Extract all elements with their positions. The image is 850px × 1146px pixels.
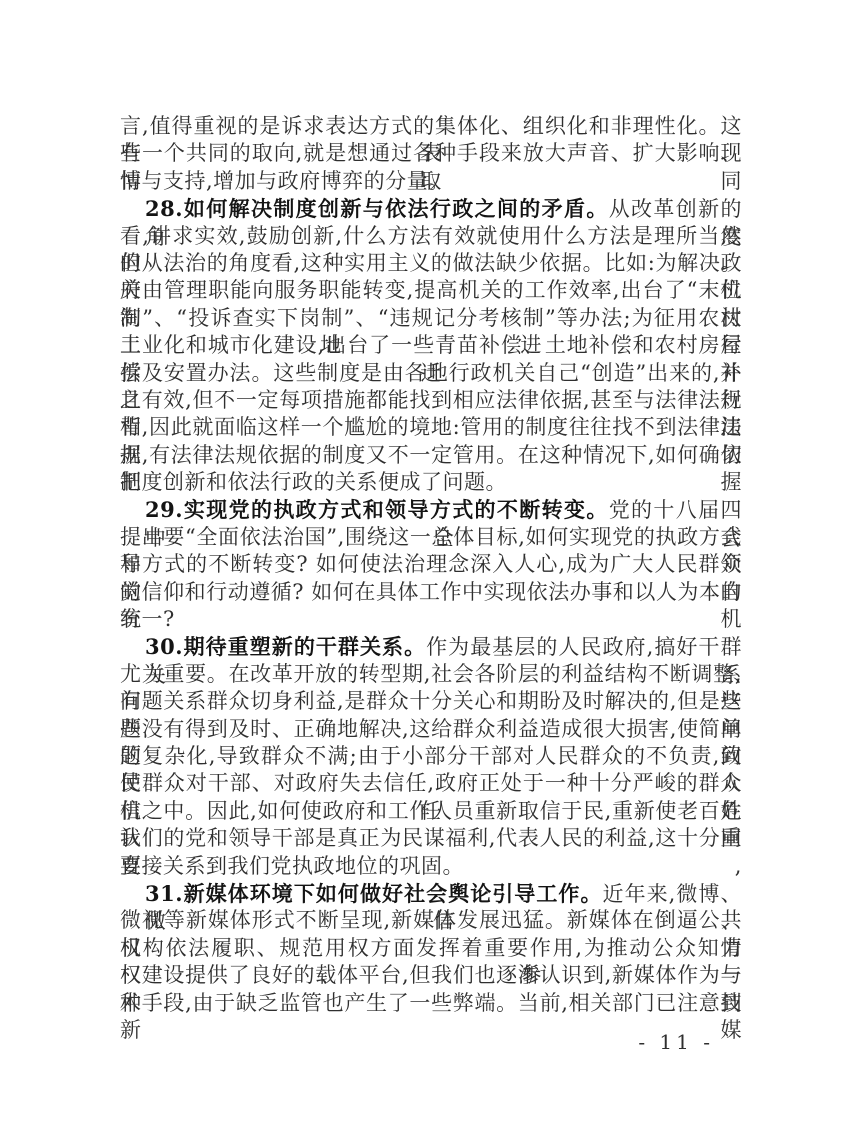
text-line: 据,有法律法规依据的制度又不一定管用。在这种情况下,如何确切把握	[120, 442, 742, 469]
text-line: 制”、“投诉查实下岗制”、“违规记分考核制”等办法;为征用农村土地进行	[120, 305, 742, 332]
body-text-segment: 觉信仰和行动遵循? 如何在具体工作中实现依法办事和以人为本的有机	[120, 580, 742, 631]
paragraph-heading-line: 31.新媒体环境下如何做好社会舆论引导工作。近年来,微博、微信、	[120, 880, 742, 907]
text-line: 偿及安置办法。这些制度是由各地行政机关自己“创造”出来的,并且行	[120, 360, 742, 387]
text-line: 之有效,但不一定每项措施都能找到相应法律依据,甚至与法律法规相违	[120, 387, 742, 414]
paragraph-heading: 29.实现党的执政方式和领导方式的不断转变。	[145, 497, 609, 522]
document-page: 言,值得重视的是诉求表达方式的集体化、组织化和非理性化。这些表现有一个共同的取向…	[0, 0, 850, 1146]
text-line: 看,讲求实效,鼓励创新,什么方法有效就使用什么方法是理所当然的。	[120, 223, 742, 250]
text-line: 关由管理职能向服务职能转变,提高机关的工作效率,出台了“末位淘汰	[120, 277, 742, 304]
text-line: 民群众对干部、对政府失去信任,政府正处于一种十分严峻的群众信任危	[120, 770, 742, 797]
text-line: 有一个共同的取向,就是想通过各种手段来放大声音、扩大影响、博取同	[120, 140, 742, 167]
text-line: 题没有得到及时、正确地解决,这给群众利益造成很大损害,使简单的问	[120, 716, 742, 743]
text-line: 题复杂化,导致群众不满;由于小部分干部对人民群众的不负责,致使人	[120, 743, 742, 770]
text-line: 觉信仰和行动遵循? 如何在具体工作中实现依法办事和以人为本的有机	[120, 579, 742, 606]
text-line: 术手段,由于缺乏监管也产生了一些弊端。当前,相关部门已注意到新媒	[120, 990, 742, 1017]
text-line: 尤为重要。在改革开放的转型期,社会各阶层的利益结构不断调整,有些	[120, 661, 742, 688]
text-line: 微视等新媒体形式不断呈现,新媒体发展迅猛。新媒体在倒逼公共权力	[120, 907, 742, 934]
paragraph-heading-line: 30.期待重塑新的干群关系。作为最基层的人民政府,搞好干群关系	[120, 633, 742, 660]
paragraph-heading: 28.如何解决制度创新与依法行政之间的矛盾。	[145, 196, 609, 221]
text-line: 言,值得重视的是诉求表达方式的集体化、组织化和非理性化。这些表现	[120, 113, 742, 140]
page-number: - 11 -	[120, 1030, 742, 1054]
body-text: 言,值得重视的是诉求表达方式的集体化、组织化和非理性化。这些表现有一个共同的取向…	[120, 113, 742, 1017]
paragraph-heading-line: 28.如何解决制度创新与依法行政之间的矛盾。从改革创新的角度	[120, 195, 742, 222]
paragraph-heading: 30.期待重塑新的干群关系。	[145, 634, 426, 659]
text-line: 权建设提供了良好的载体平台,但我们也逐渐认识到,新媒体作为一种技	[120, 962, 742, 989]
text-line: 机之中。因此,如何使政府和工作人员重新取信于民,重新使老百姓认同	[120, 798, 742, 825]
text-line: 但从法治的角度看,这种实用主义的做法缺少依据。比如:为解决政府机	[120, 250, 742, 277]
body-text-segment: 制度创新和依法行政的关系便成了问题。	[120, 470, 507, 494]
paragraph-heading-line: 29.实现党的执政方式和领导方式的不断转变。党的十八届四中全会	[120, 496, 742, 523]
text-line: 机构依法履职、规范用权方面发挥着重要作用,为推动公众知情权、参与	[120, 935, 742, 962]
text-line: 导方式的不断转变? 如何使法治理念深入人心,成为广大人民群众的自	[120, 551, 742, 578]
text-line: 问题关系群众切身利益,是群众十分关心和期盼及时解决的,但是这些问	[120, 688, 742, 715]
text-line: 我们的党和领导干部是真正为民谋福利,代表人民的利益,这十分重要,	[120, 825, 742, 852]
paragraph-heading: 31.新媒体环境下如何做好社会舆论引导工作。	[145, 881, 603, 906]
body-text-segment: 统一?	[120, 607, 175, 631]
text-line: 工业化和城市化建设,出台了一些青苗补偿、土地补偿和农村房屋拆迁补	[120, 332, 742, 359]
text-line: 背,因此就面临这样一个尴尬的境地:管用的制度往往找不到法律法规依	[120, 414, 742, 441]
body-text-segment: 直接关系到我们党执政地位的巩固。	[120, 854, 464, 878]
text-line: 提出要“全面依法治国”,围绕这一总体目标,如何实现党的执政方式和领	[120, 524, 742, 551]
body-text-segment: 情与支持,增加与政府博弈的分量。	[120, 169, 450, 193]
